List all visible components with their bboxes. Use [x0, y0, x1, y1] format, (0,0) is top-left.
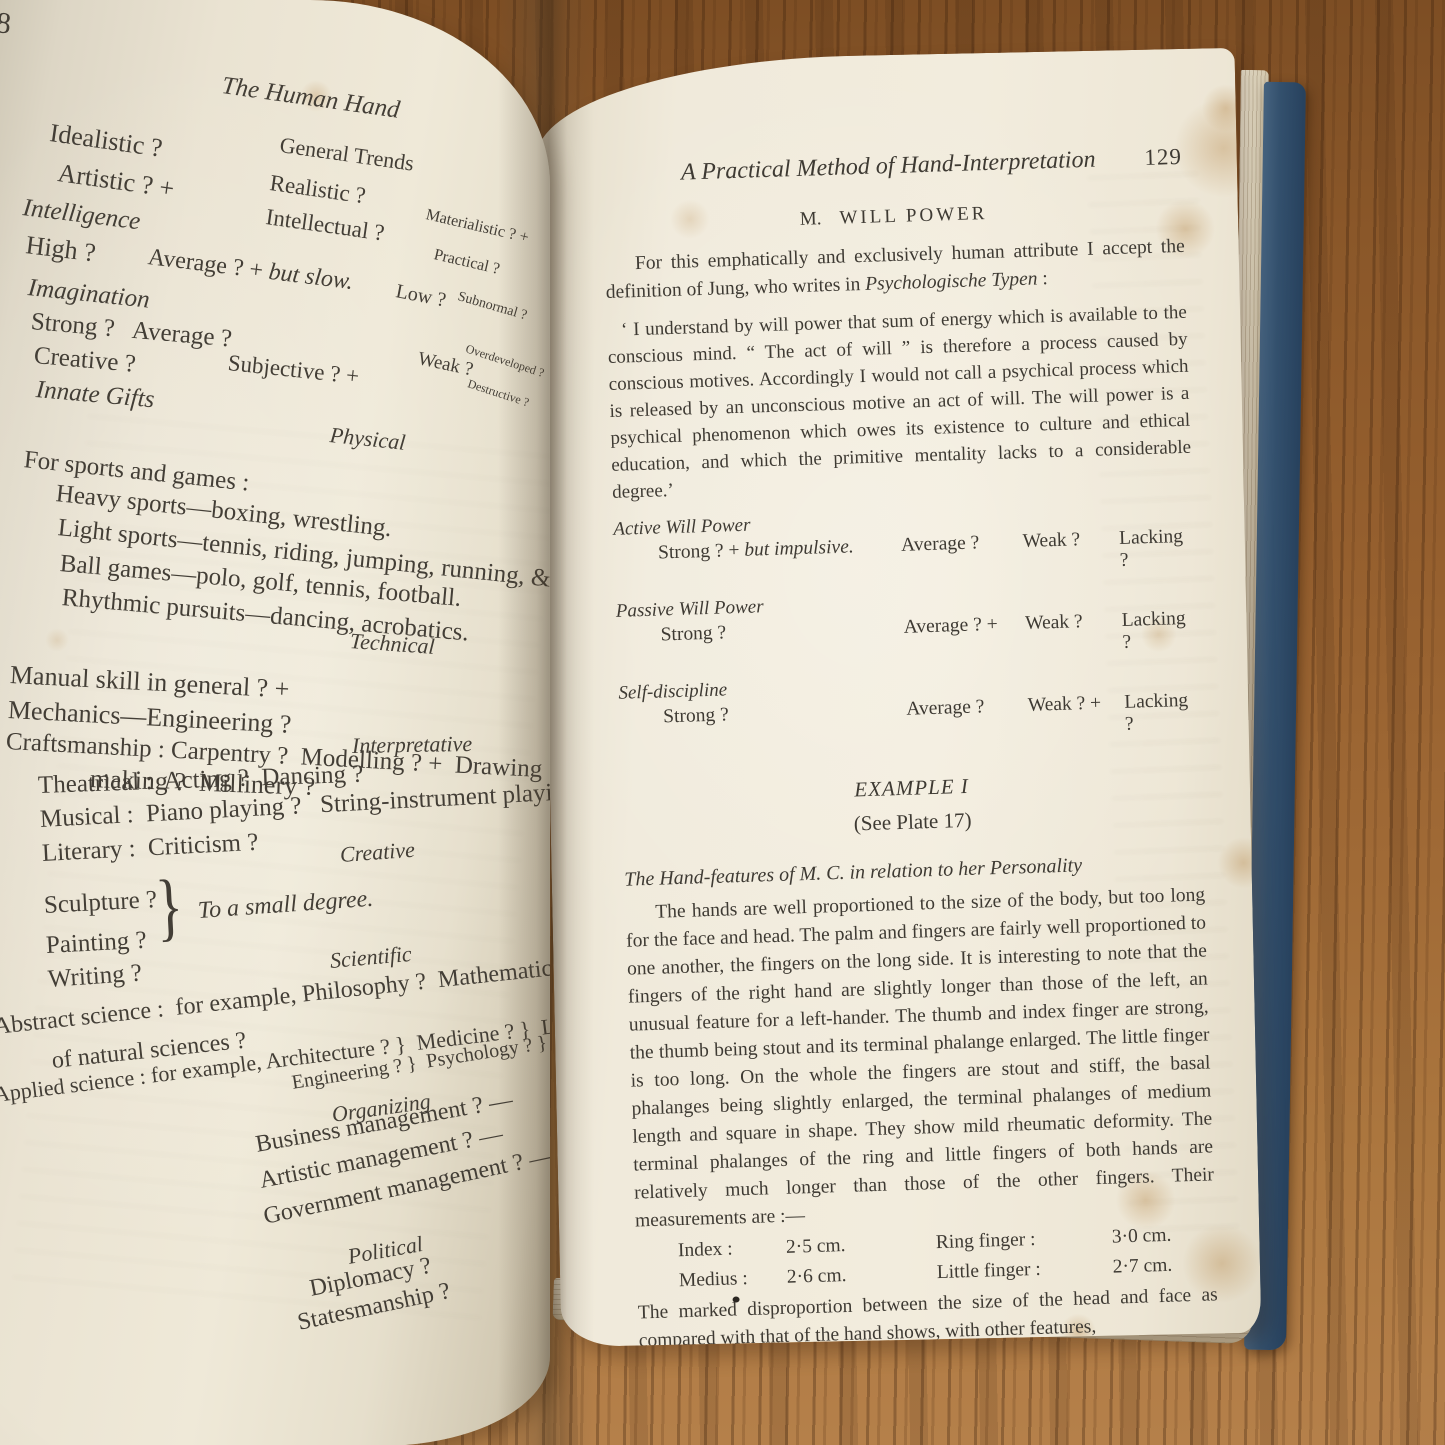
running-head-row: A Practical Method of Hand-Interpretatio…: [602, 144, 1183, 189]
value-lacking: Lacking ?: [1124, 690, 1200, 736]
paragraph-hand-features: The hands are well proportioned to the s…: [625, 881, 1215, 1235]
value-strong: Strong ?: [660, 617, 904, 669]
physical-heading: Physical: [329, 422, 407, 456]
question-writing: Writing ?: [47, 959, 143, 993]
value-strong-note: but impulsive.: [744, 536, 854, 560]
page-number: 129: [1144, 144, 1182, 171]
interpretative-line: Literary : Criticism ?: [41, 829, 259, 868]
question-practical: Practical ?: [432, 246, 501, 279]
value-strong-text: Strong ? +: [658, 540, 745, 564]
question-low: Low ?: [394, 280, 448, 312]
trends-heading: General Trends: [278, 132, 415, 177]
value-strong-text: Strong ?: [660, 622, 726, 645]
value-weak: Weak ? +: [1027, 692, 1125, 739]
question-materialistic: Materialistic ? +: [424, 206, 530, 247]
question-intellectual: Intellectual ?: [264, 204, 386, 246]
measure-label: Medius :: [678, 1263, 787, 1296]
foxing-spot: [45, 628, 69, 652]
book-title-italic: Psychologische Typen: [865, 268, 1038, 294]
value-lacking: Lacking ?: [1119, 526, 1195, 572]
technical-heading: Technical: [349, 628, 435, 660]
section-title: WILL POWER: [839, 203, 988, 229]
measure-label: Little finger :: [936, 1253, 1113, 1289]
measure-value: 2·6 cm.: [786, 1258, 937, 1293]
value-strong: Strong ?: [663, 699, 907, 751]
question-overdeveloped: Overdeveloped ?: [464, 341, 546, 380]
question-high: High ?: [24, 230, 97, 268]
right-page: A Practical Method of Hand-Interpretatio…: [535, 48, 1262, 1347]
measure-label: Index :: [678, 1233, 787, 1266]
question-subnormal: Subnormal ?: [456, 289, 529, 324]
right-page-content: A Practical Method of Hand-Interpretatio…: [535, 48, 1262, 1347]
book-photo-scene: A Practical Method of Hand-Interpretatio…: [0, 0, 1445, 1445]
measure-value: 2·7 cm.: [1112, 1249, 1217, 1282]
question-destructive: Destructive ?: [466, 376, 531, 410]
value-strong-text: Strong ?: [663, 704, 729, 727]
creative-heading: Creative: [339, 837, 416, 868]
note-small-degree: To a small degree.: [197, 886, 374, 925]
paragraph-intro: For this emphatically and exclusively hu…: [605, 233, 1186, 307]
label-innate-gifts: Innate Gifts: [35, 376, 156, 414]
section-heading: M.WILL POWER: [603, 197, 1183, 237]
value-average: Average ?: [901, 531, 1024, 579]
left-page: 8 The Human Hand Idealistic ? General Tr…: [0, 0, 550, 1445]
interpretative-heading: Interpretative: [352, 731, 473, 759]
value-weak: Weak ?: [1022, 528, 1120, 575]
question-idealistic: Idealistic ?: [48, 118, 164, 163]
value-strong: Strong ? + but impulsive.: [658, 535, 902, 587]
value-weak: Weak ?: [1025, 610, 1123, 657]
running-head: The Human Hand: [220, 72, 401, 125]
label-intelligence: Intelligence: [21, 194, 142, 236]
brace-glyph: }: [154, 863, 185, 951]
question-average-but-slow: Average ? + but slow.: [146, 244, 354, 296]
paragraph-intro-colon: :: [1037, 268, 1048, 289]
running-head: A Practical Method of Hand-Interpretatio…: [602, 145, 1145, 189]
will-power-row: Self-discipline Strong ? Average ? Weak …: [618, 665, 1200, 752]
question-painting: Painting ?: [45, 927, 147, 960]
section-label: M.: [799, 208, 821, 230]
will-power-row: Active Will Power Strong ? + but impulsi…: [613, 501, 1195, 588]
question-sculpture: Sculpture ?: [43, 886, 157, 920]
question-average: Average ? +: [146, 244, 270, 285]
value-lacking: Lacking ?: [1121, 608, 1197, 654]
question-realistic: Realistic ?: [268, 170, 367, 209]
question-subjective: Subjective ? +: [227, 350, 361, 390]
jung-quote: ‘ I understand by will power that sum of…: [607, 299, 1193, 506]
page-number-fragment: 8: [0, 6, 13, 41]
question-creative: Creative ?: [33, 342, 137, 379]
note-but-slow: but slow.: [267, 259, 354, 295]
question-artistic: Artistic ? +: [56, 158, 176, 204]
measure-value: 2·5 cm.: [785, 1228, 936, 1263]
will-power-row: Passive Will Power Strong ? Average ? + …: [616, 583, 1198, 670]
scientific-heading: Scientific: [329, 941, 413, 974]
measure-value: 3·0 cm.: [1111, 1219, 1216, 1252]
value-average: Average ?: [906, 695, 1029, 743]
value-average: Average ? +: [903, 613, 1026, 661]
